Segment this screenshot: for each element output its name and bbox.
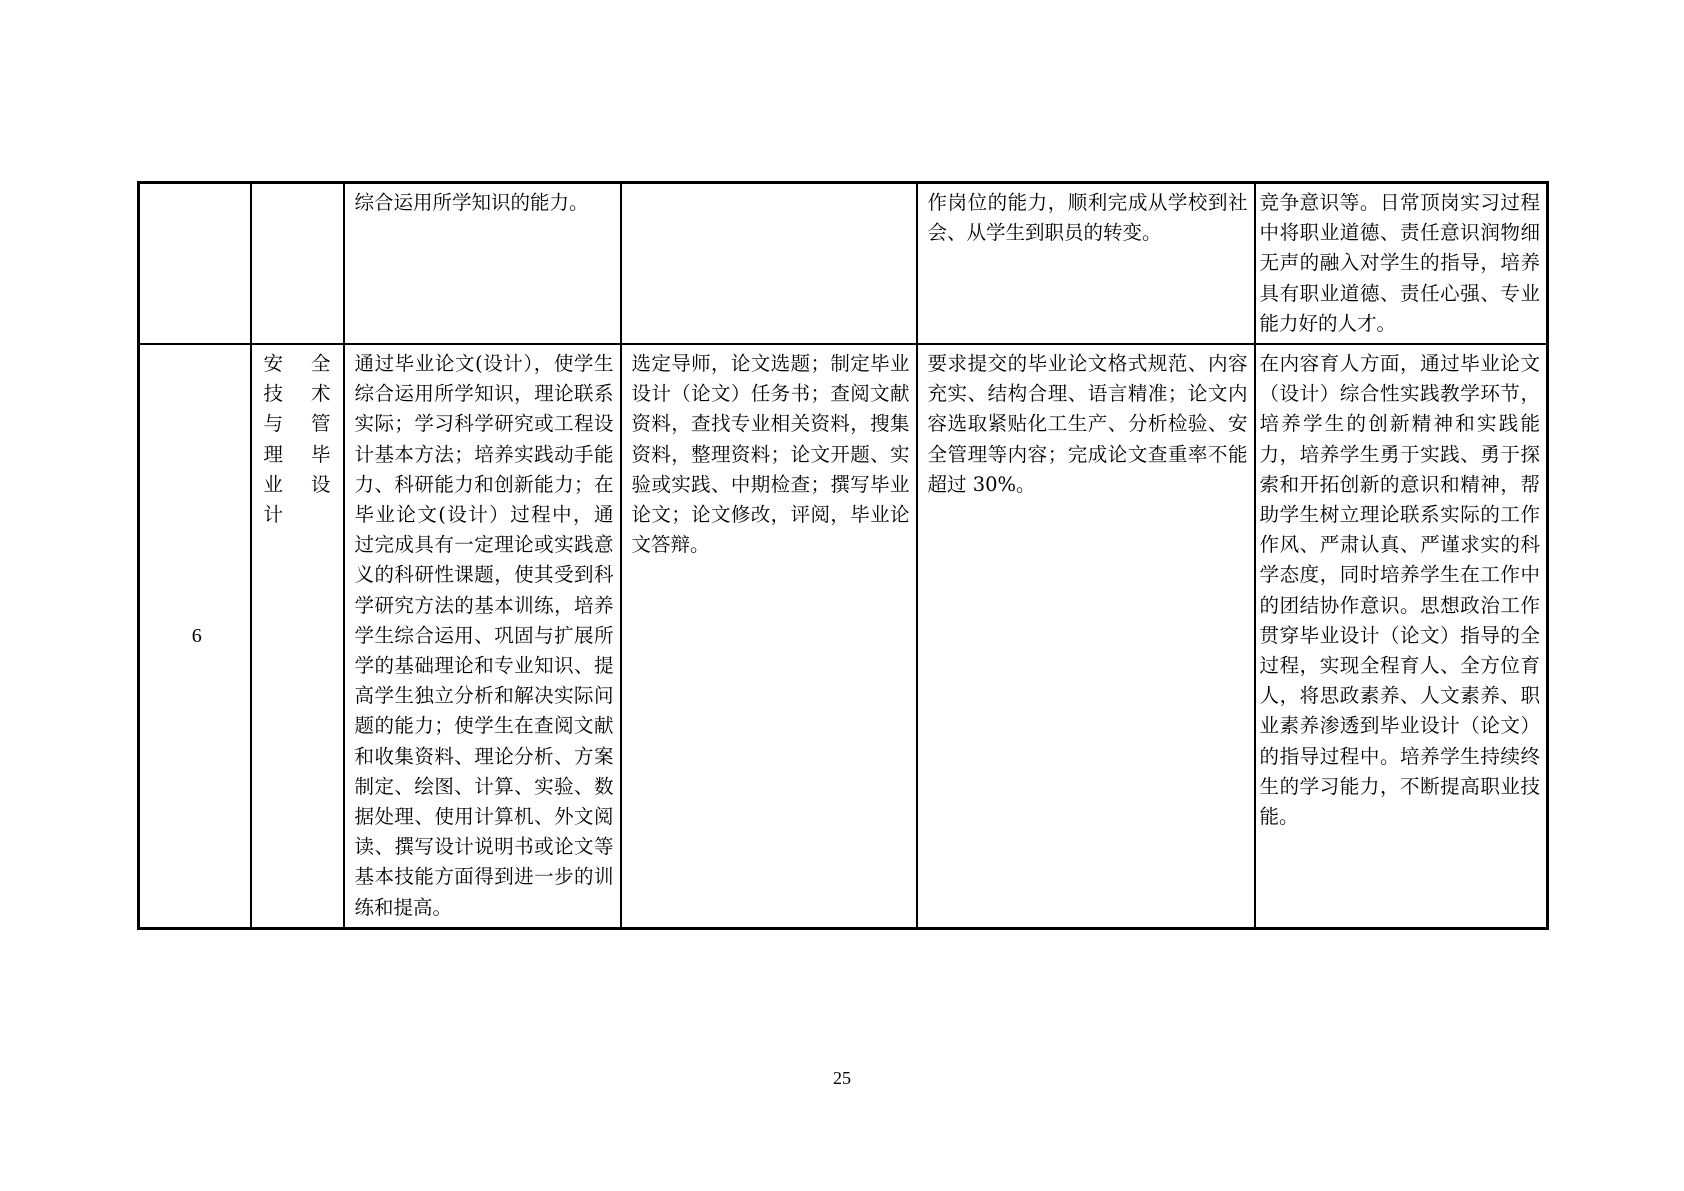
content-cell	[621, 183, 917, 345]
table-row: 综合运用所学知识的能力。 作岗位的能力，顺利完成从学校到社会、从学生到职员的转变…	[139, 183, 1548, 345]
course-name-cell: 安全技术与管理毕业设计	[251, 344, 344, 928]
table-row: 6 安全技术与管理毕业设计 通过毕业论文(设计），使学生综合运用所学知识，理论联…	[139, 344, 1548, 928]
requirements-cell: 作岗位的能力，顺利完成从学校到社会、从学生到职员的转变。	[917, 183, 1255, 345]
document-page: 综合运用所学知识的能力。 作岗位的能力，顺利完成从学校到社会、从学生到职员的转变…	[0, 0, 1684, 1191]
objective-cell: 通过毕业论文(设计），使学生综合运用所学知识，理论联系实际；学习科学研究或工程设…	[344, 344, 621, 928]
row-number-cell: 6	[139, 344, 251, 928]
page-number: 25	[0, 1068, 1684, 1089]
course-name-cell	[251, 183, 344, 345]
content-cell: 选定导师，论文选题；制定毕业设计（论文）任务书；查阅文献资料，查找专业相关资料，…	[621, 344, 917, 928]
ideology-cell: 竞争意识等。日常顶岗实习过程中将职业道德、责任意识润物细无声的融入对学生的指导，…	[1255, 183, 1548, 345]
ideology-cell: 在内容育人方面，通过毕业论文（设计）综合性实践教学环节，培养学生的创新精神和实践…	[1255, 344, 1548, 928]
row-number-cell	[139, 183, 251, 345]
requirements-cell: 要求提交的毕业论文格式规范、内容充实、结构合理、语言精准；论文内容选取紧贴化工生…	[917, 344, 1255, 928]
course-table: 综合运用所学知识的能力。 作岗位的能力，顺利完成从学校到社会、从学生到职员的转变…	[137, 181, 1549, 930]
objective-cell: 综合运用所学知识的能力。	[344, 183, 621, 345]
